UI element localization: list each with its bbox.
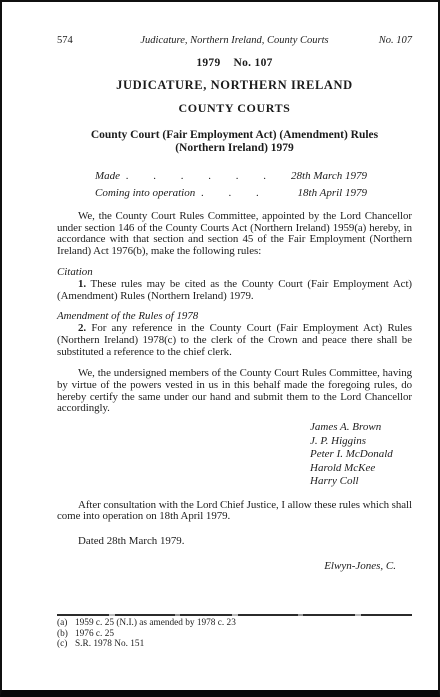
signatory: Harold McKee: [310, 462, 412, 476]
signatory: James A. Brown: [310, 421, 412, 435]
blank-space: [57, 572, 412, 614]
coming-into-operation-date: 18th April 1979: [298, 185, 367, 202]
footnote-marker: (b): [57, 629, 75, 640]
signatory: J. P. Higgins: [310, 435, 412, 449]
footnote-text: 1976 c. 25: [75, 629, 114, 640]
section-1-paragraph: 1. These rules may be cited as the Count…: [57, 279, 412, 302]
footnote-item: (b) 1976 c. 25: [57, 629, 412, 640]
made-date: 28th March 1979: [291, 168, 367, 185]
scanned-document-page: 574 Judicature, Northern Ireland, County…: [0, 0, 440, 697]
signature-list: James A. Brown J. P. Higgins Peter I. Mc…: [310, 421, 412, 489]
chancellor-signature: Elwyn-Jones, C.: [57, 560, 412, 572]
rule-1-number: 1.: [78, 278, 86, 290]
jurisdiction-heading: JUDICATURE, NORTHERN IRELAND: [57, 78, 412, 93]
footnote-block: (a) 1959 c. 25 (N.I.) as amended by 1978…: [57, 614, 412, 690]
running-title: Judicature, Northern Ireland, County Cou…: [117, 35, 352, 47]
signatory: Peter I. McDonald: [310, 448, 412, 462]
page-content: 574 Judicature, Northern Ireland, County…: [2, 2, 438, 690]
year-text: 1979: [196, 57, 220, 69]
rule-title: County Court (Fair Employment Act) (Amen…: [57, 129, 412, 155]
court-heading: COUNTY COURTS: [57, 101, 412, 116]
coming-into-operation-label: Coming into operation: [95, 185, 195, 202]
dot-leader: . . .: [195, 185, 297, 202]
rule-title-line1: County Court (Fair Employment Act) (Amen…: [57, 129, 412, 142]
dot-leader: . . . . . . .: [120, 168, 291, 185]
preamble-paragraph: We, the County Court Rules Committee, ap…: [57, 211, 412, 258]
footnote-marker: (c): [57, 639, 75, 650]
signatory: Harry Coll: [310, 475, 412, 489]
section-2-paragraph: 2. For any reference in the County Court…: [57, 323, 412, 358]
year-number-heading: 1979No. 107: [57, 57, 412, 69]
rule-2-number: 2.: [78, 322, 86, 334]
made-label: Made: [95, 168, 120, 185]
section-heading-amendment: Amendment of the Rules of 1978: [57, 310, 412, 322]
certification-paragraph: We, the undersigned members of the Count…: [57, 368, 412, 415]
dates-table: Made . . . . . . . 28th March 1979 Comin…: [95, 168, 367, 202]
running-header: 574 Judicature, Northern Ireland, County…: [57, 35, 412, 47]
footnote-item: (c) S.R. 1978 No. 151: [57, 639, 412, 650]
allowance-paragraph: After consultation with the Lord Chief J…: [57, 500, 412, 523]
rule-1-text: These rules may be cited as the County C…: [57, 278, 412, 302]
made-row: Made . . . . . . . 28th March 1979: [95, 168, 367, 185]
section-heading-citation: Citation: [57, 266, 412, 278]
footnote-text: 1959 c. 25 (N.I.) as amended by 1978 c. …: [75, 618, 236, 629]
footnote-text: S.R. 1978 No. 151: [75, 639, 144, 650]
footnote-item: (a) 1959 c. 25 (N.I.) as amended by 1978…: [57, 618, 412, 629]
footnote-separator-rule: [57, 614, 412, 616]
number-text: No. 107: [234, 57, 273, 69]
issue-number: No. 107: [352, 35, 412, 47]
page-number: 574: [57, 35, 117, 47]
rule-title-line2: (Northern Ireland) 1979: [57, 142, 412, 155]
footnote-marker: (a): [57, 618, 75, 629]
dated-line: Dated 28th March 1979.: [57, 535, 412, 547]
footnote-list: (a) 1959 c. 25 (N.I.) as amended by 1978…: [57, 618, 412, 650]
coming-into-operation-row: Coming into operation . . . 18th April 1…: [95, 185, 367, 202]
rule-2-text: For any reference in the County Court (F…: [57, 322, 412, 357]
